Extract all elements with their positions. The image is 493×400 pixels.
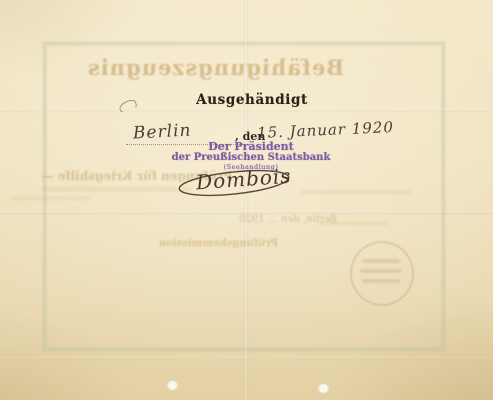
handed-over-label: Ausgehändigt xyxy=(0,92,493,108)
seal-text-smudge xyxy=(360,269,402,273)
scanned-certificate-back: Befähigungszeugnis Prüfungen für Kriegsh… xyxy=(0,0,493,400)
bleedthrough-date-mirrored: Berlin, den … 1920 xyxy=(238,214,338,225)
round-seal-bleedthrough xyxy=(350,241,414,306)
punch-hole xyxy=(167,379,178,390)
bleedthrough-smudge xyxy=(42,187,192,191)
bleedthrough-commission-mirrored: Prüfungskommission xyxy=(168,238,278,249)
seal-text-smudge xyxy=(362,259,400,263)
bleedthrough-title-mirrored: Befähigungszeugnis xyxy=(122,55,344,80)
horizontal-fold-crease xyxy=(0,109,493,112)
horizontal-fold-crease xyxy=(0,357,493,360)
seal-text-smudge xyxy=(362,279,400,283)
punch-hole xyxy=(318,382,329,393)
signature: Dombois xyxy=(172,160,322,202)
stamp-line-president: Der Präsident xyxy=(151,141,351,152)
bleedthrough-smudge xyxy=(10,197,90,200)
